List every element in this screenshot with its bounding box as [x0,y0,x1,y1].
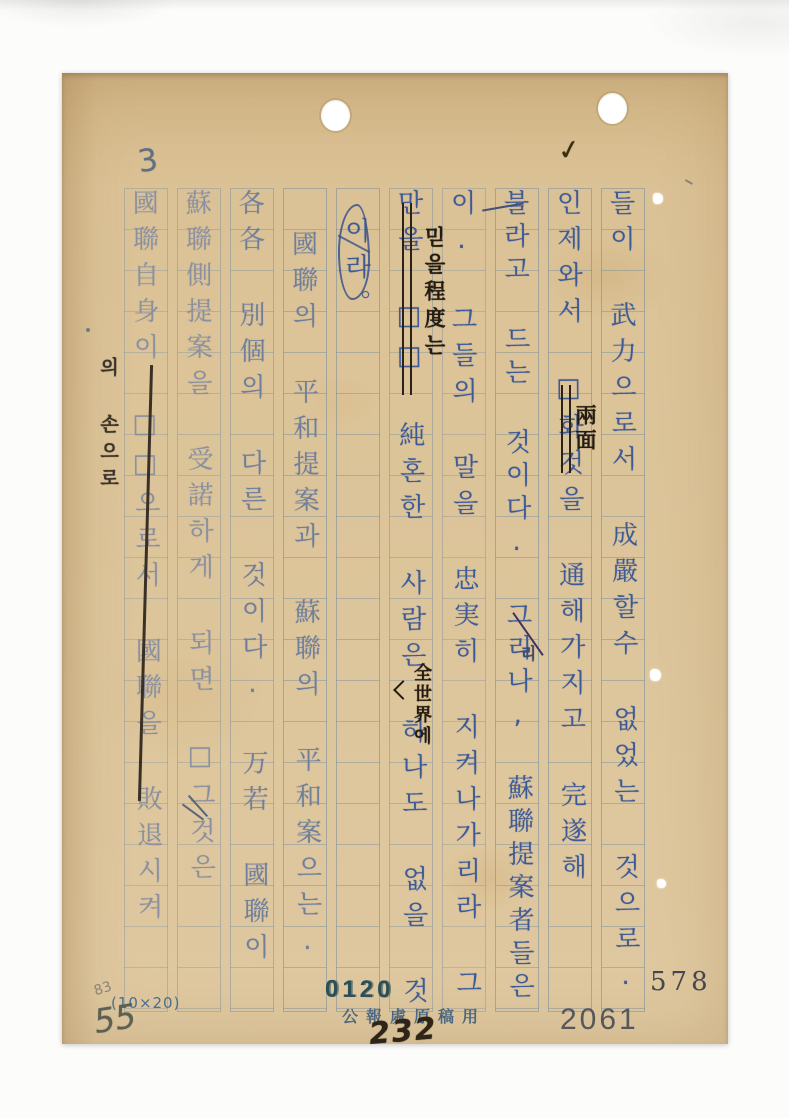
tiny-mark [685,179,693,184]
text-column-6: 이라。 [332,189,382,1034]
text-column-8: 各各 別個의 다른 것이다. 万若 國聯이 [226,189,276,1034]
page-number-stamp-578: 578 [650,967,712,997]
number-stamp-2061: 2061 [560,1003,639,1037]
strikethrough-mark [402,203,412,395]
scribble-deletion [338,204,370,300]
paper-damage-speck [650,669,661,681]
handwritten-page-number: 3 [136,142,161,180]
strikethrough-mark [561,385,571,473]
correction-believe-degree: 믿을程度는 [419,226,449,361]
scanned-document: ✓ 3 들이 武力으로서 成嚴할수 없었는 것으로. 인제와서 □화것을 通해가… [0,0,789,1118]
punch-hole-left [321,100,350,131]
handwritten-number-232: 232 [368,1011,439,1044]
text-column-3: 불라고 드는 것이다. 그리나, 蘇聯提案者들은 [491,189,541,1034]
text-column-2: 인제와서 □화것을 通해가지고 完遂해 [544,189,594,1034]
manuscript-paper: ✓ 3 들이 武力으로서 成嚴할수 없었는 것으로. 인제와서 □화것을 通해가… [62,73,728,1044]
number-stamp-0120: 0120 [325,976,395,1005]
pencil-note-55: 55 [91,996,139,1041]
stray-ink-dot [86,328,90,332]
paper-damage-speck [653,193,663,204]
text-column-9: 蘇聯側提案을 受諾하게 되면 □그것은 [173,189,223,1034]
correction-by-own-hand: 의 손으로 [95,357,122,495]
correction-both-sides: 兩面 [570,404,600,454]
paper-damage-speck [657,879,666,888]
text-column-7: 國聯의 平和提案과 蘇聯의 平和案으는. [279,189,329,1034]
review-checkmark: ✓ [555,133,583,167]
punch-hole-right [598,93,627,124]
text-column-1: 들이 武力으로서 成嚴할수 없었는 것으로. [597,189,647,1034]
insertion-whole-world: 全世界에 [408,663,434,747]
